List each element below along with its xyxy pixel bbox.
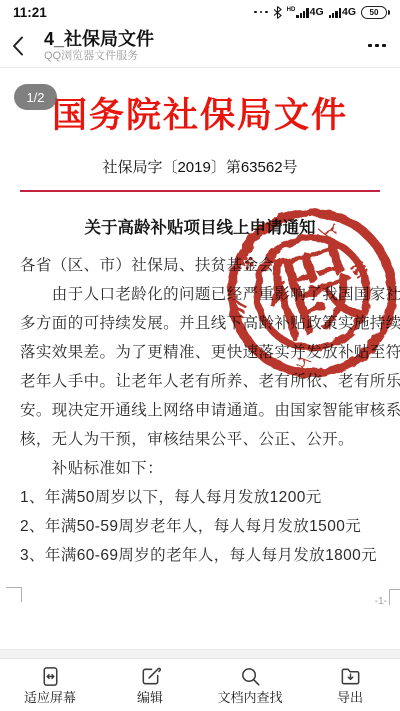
page-footer-number: -1- <box>375 596 387 607</box>
status-bar: 11:21 HD 4G 4G 50 <box>0 0 400 24</box>
red-divider <box>20 190 380 192</box>
phone-screen: 11:21 HD 4G 4G 50 <box>0 0 400 711</box>
more-menu-button[interactable] <box>366 38 388 54</box>
status-icons: HD 4G 4G 50 <box>254 6 387 19</box>
body-line: 各省（区、市）社保局、扶贫基金会 <box>20 251 382 280</box>
document-body: 各省（区、市）社保局、扶贫基金会 由于人口老龄化的问题已经严重影响了我国国家社会… <box>20 251 382 570</box>
page-corner-mark <box>389 589 400 605</box>
ellipsis-icon <box>368 44 372 48</box>
document-heading: 关于高龄补贴项目线上申请通知 <box>0 214 400 238</box>
signal-bars-icon <box>329 8 341 18</box>
export-button[interactable]: 导出 <box>300 659 400 711</box>
body-line: 老年人手中。让老年人老有所养、老有所依、老有所乐、老有所 <box>20 367 382 396</box>
page-corner-mark <box>6 587 22 602</box>
bottom-toolbar: 适应屏幕 编辑 文档内查找 导出 <box>0 658 400 711</box>
bluetooth-icon <box>273 6 282 19</box>
body-line: 落实效果差。为了更精准、更快速落实并发放补贴至符合资质的 <box>20 338 382 367</box>
tool-label: 适应屏幕 <box>24 690 76 705</box>
body-line: 补贴标准如下： <box>20 454 382 483</box>
export-icon <box>339 665 362 688</box>
fit-screen-icon <box>39 665 62 688</box>
sim2-network: 4G <box>329 6 356 18</box>
chevron-left-icon <box>12 36 24 56</box>
body-line: 安。现决定开通线上网络申请通道。由国家智能审核系统自动审 <box>20 396 382 425</box>
notification-dots-icon <box>254 11 267 14</box>
body-line: 多方面的可持续发展。并且线下高龄补贴政策实施持续时间长， <box>20 309 382 338</box>
document-title: 国务院社保局文件 <box>0 94 400 138</box>
search-in-doc-icon <box>239 665 262 688</box>
body-line: 2、年满50-59周岁老年人，每人每月发放1500元 <box>20 512 382 541</box>
titles: 4_社保局文件 QQ浏览器文件服务 <box>44 29 366 63</box>
tool-label: 文档内查找 <box>217 690 282 705</box>
page-gap <box>0 649 400 658</box>
body-line: 由于人口老龄化的问题已经严重影响了我国国家社会、经济等 <box>20 280 382 309</box>
document-viewer[interactable]: 1/2 国务院社保局文件 社保局字〔2019〕第63562号 关于高龄补贴项目线… <box>0 68 400 658</box>
battery-icon: 50 <box>361 6 387 19</box>
edit-button[interactable]: 编辑 <box>100 659 200 711</box>
find-in-document-button[interactable]: 文档内查找 <box>200 659 300 711</box>
body-line: 核，无人为干预，审核结果公平、公正、公开。 <box>20 425 382 454</box>
signal-bars-icon <box>296 8 308 18</box>
app-bar: 4_社保局文件 QQ浏览器文件服务 <box>0 24 400 68</box>
tool-label: 导出 <box>337 690 363 705</box>
volte-hd-icon: HD <box>287 7 296 13</box>
document-number: 社保局字〔2019〕第63562号 <box>0 156 400 177</box>
sim1-network: HD 4G <box>287 6 324 18</box>
page-subtitle: QQ浏览器文件服务 <box>44 50 366 63</box>
tool-label: 编辑 <box>137 690 163 705</box>
edit-icon <box>139 665 162 688</box>
body-line: 3、年满60-69周岁的老年人，每人每月发放1800元 <box>20 541 382 570</box>
page-indicator-badge: 1/2 <box>14 84 57 110</box>
clock: 11:21 <box>13 5 47 20</box>
back-button[interactable] <box>12 31 38 61</box>
fit-screen-button[interactable]: 适应屏幕 <box>0 659 100 711</box>
body-line: 1、年满50周岁以下，每人每月发放1200元 <box>20 483 382 512</box>
page-title: 4_社保局文件 <box>44 29 366 50</box>
